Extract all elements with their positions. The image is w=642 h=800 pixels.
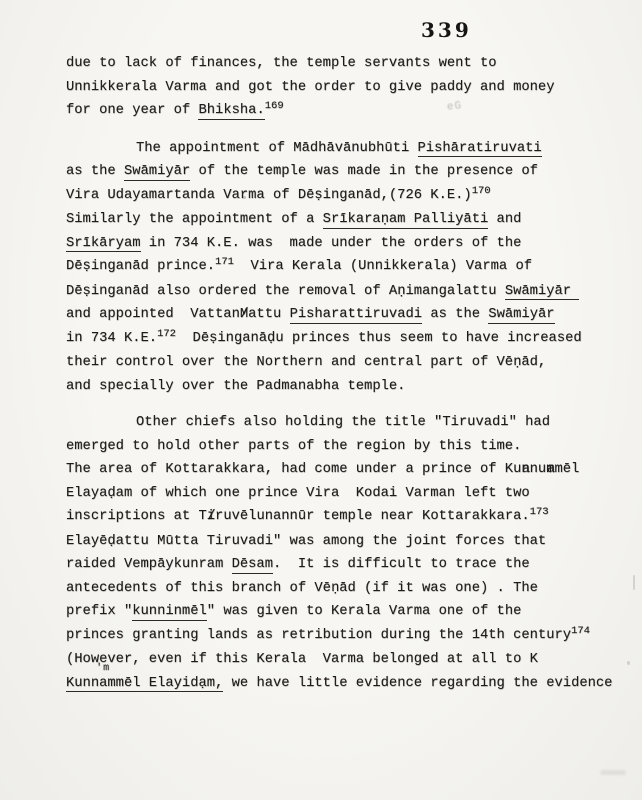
text-line: The area of Kottarakkara, had come under…: [66, 458, 622, 482]
text-line: prefix "kunninmēl" was given to Kerala V…: [66, 600, 622, 624]
text-segment: Pisharattiruvadi: [290, 307, 422, 324]
text-segment: Similarly the appointment of a: [66, 212, 323, 227]
text-segment: Vira Kerala (Unnikkerala) Varma of: [234, 259, 532, 274]
text-line: Other chiefs also holding the title "Tir…: [66, 411, 622, 435]
text-segment: Unnikkerala Varma and got the order to g…: [66, 80, 555, 95]
text-segment: The area of Kottarakkara, had come under…: [66, 462, 521, 477]
text-line: Kunnammēl Elayidạm,'m we have little evi…: [66, 672, 622, 696]
text-line: antecedents of this branch of Vēṇād (if …: [66, 577, 622, 601]
scan-speck: [600, 770, 626, 775]
overstrike-mark: a: [547, 458, 555, 482]
document-page: 339 due to lack of finances, the temple …: [0, 0, 642, 800]
paragraph: Other chiefs also holding the title "Tir…: [66, 411, 622, 695]
text-segment: of the temple was made in the presence o…: [190, 164, 538, 179]
text-line: Elayēḍattu Mūtta Tiruvadi" was among the…: [66, 530, 622, 554]
text-line: due to lack of finances, the temple serv…: [66, 52, 622, 76]
text-segment: we have little evidence regarding the ev…: [223, 676, 612, 691]
text-segment: i/: [207, 505, 215, 529]
text-line: in 734 K.E.172 Dēṣinganāḍu princes thus …: [66, 327, 622, 352]
text-segment: Kunn: [66, 676, 99, 693]
text-segment: ammēl Elayidạm,'m: [99, 676, 223, 693]
text-segment: their control over the Northern and cent…: [66, 355, 546, 370]
text-segment: inscriptions at T: [66, 509, 207, 524]
text-line: Dēṣinganād also ordered the removal of A…: [66, 280, 622, 304]
footnote-ref: 174: [571, 625, 590, 637]
scan-speck: [633, 575, 635, 590]
text-segment: Dēsam: [232, 557, 273, 574]
text-segment: as the: [422, 307, 488, 322]
footnote-ref: 171: [215, 256, 234, 268]
text-segment: in 734 K.E. was made under the orders of…: [141, 236, 522, 251]
text-segment: and appointed Vattan: [66, 307, 240, 322]
footnote-ref: 172: [157, 328, 176, 340]
text-line: princes granting lands as retribution du…: [66, 624, 622, 649]
overstrike-mark: a: [522, 458, 530, 482]
text-segment: and: [488, 212, 521, 227]
overstrike-mark: /: [207, 505, 215, 529]
text-segment: Pishāratiruvati: [418, 141, 542, 158]
text-segment: . It is difficult to trace the: [273, 557, 530, 572]
text-segment: antecedents of this branch of Vēṇād (if …: [66, 581, 538, 596]
text-segment: na: [521, 458, 529, 482]
text-line: The appointment of Mādhāvānubhūti Pishār…: [66, 137, 622, 161]
text-line: Elayaḍam of which one prince Vira Kodai …: [66, 482, 622, 506]
text-segment: as the: [66, 164, 124, 179]
text-segment: kunninmēl: [132, 604, 207, 621]
text-segment: Elayēḍattu Mūtta Tiruvadi" was among the…: [66, 534, 546, 549]
text-line: raided Vempāykunram Dēsam. It is difficu…: [66, 553, 622, 577]
text-segment: Dēṣinganād also ordered the removal of A…: [66, 284, 505, 299]
text-segment: prefix ": [66, 604, 132, 619]
text-segment: Srīkāryam: [66, 236, 141, 253]
text-segment: Elayaḍam of which one prince Vira Kodai …: [66, 486, 530, 501]
text-segment: M/: [240, 303, 248, 327]
inserted-text-above: 'm: [96, 664, 110, 674]
text-line: (However, even if this Kerala Varma belo…: [66, 648, 622, 672]
text-segment: attu: [248, 307, 289, 322]
text-segment: The appointment of Mādhāvānubhūti: [136, 141, 418, 156]
footnote-ref: 170: [472, 185, 491, 197]
text-segment: Swāmiyār: [505, 284, 580, 301]
scan-smudge: eG: [446, 100, 462, 114]
text-segment: mēl: [555, 462, 580, 477]
text-segment: in 734 K.E.: [66, 331, 157, 346]
text-segment: (However, even if this Kerala Varma belo…: [66, 652, 538, 667]
text-segment: Swāmiyār: [124, 164, 190, 181]
text-segment: for one year of: [66, 103, 198, 118]
text-line: Dēṣinganād prince.171 Vira Kerala (Unnik…: [66, 255, 622, 280]
text-segment: raided Vempāykunram: [66, 557, 232, 572]
text-line: Vira Udayamartanda Varma of Dēṣinganād,(…: [66, 184, 622, 209]
paragraph: due to lack of finances, the temple serv…: [66, 52, 622, 124]
text-line: as the Swāmiyār of the temple was made i…: [66, 160, 622, 184]
text-segment: Dēṣinganād prince.: [66, 259, 215, 274]
text-segment: Swāmiyār: [488, 307, 554, 324]
text-segment: nu: [530, 462, 547, 477]
text-segment: princes granting lands as retribution du…: [66, 628, 571, 643]
text-line: emerged to hold other parts of the regio…: [66, 435, 622, 459]
text-segment: Srīkaraṇam Palliyāti: [323, 212, 489, 229]
text-segment: Vira Udayamartanda Varma of Dēṣinganād,(…: [66, 188, 472, 203]
footnote-ref: 173: [530, 506, 549, 518]
text-segment: ruvēlunannūr temple near Kottarakkara.: [215, 509, 530, 524]
scan-speck: [243, 196, 246, 199]
text-segment: due to lack of finances, the temple serv…: [66, 56, 497, 71]
page-number: 339: [421, 18, 472, 42]
text-line: their control over the Northern and cent…: [66, 351, 622, 375]
text-line: and specially over the Padmanabha temple…: [66, 375, 622, 399]
footnote-ref: 169: [265, 100, 284, 112]
text-segment: Dēṣinganāḍu princes thus seem to have in…: [176, 331, 582, 346]
overstrike-mark: /: [240, 303, 248, 327]
text-line: Similarly the appointment of a Srīkaraṇa…: [66, 208, 622, 232]
page-text: due to lack of finances, the temple serv…: [66, 52, 622, 708]
text-line: Unnikkerala Varma and got the order to g…: [66, 76, 622, 100]
text-segment: " was given to Kerala Varma one of the: [207, 604, 522, 619]
text-segment: ma: [546, 458, 554, 482]
text-segment: and specially over the Padmanabha temple…: [66, 379, 405, 394]
paragraph: The appointment of Mādhāvānubhūti Pishār…: [66, 137, 622, 399]
text-segment: Bhiksha.: [198, 103, 264, 120]
text-segment: emerged to hold other parts of the regio…: [66, 439, 521, 454]
scan-speck: [627, 661, 630, 665]
text-line: for one year of Bhiksha.169: [66, 99, 622, 124]
text-line: Srīkāryam in 734 K.E. was made under the…: [66, 232, 622, 256]
text-segment: Other chiefs also holding the title "Tir…: [136, 415, 550, 430]
text-line: inscriptions at Ti/ruvēlunannūr temple n…: [66, 505, 622, 530]
text-line: and appointed VattanM/attu Pisharattiruv…: [66, 303, 622, 327]
